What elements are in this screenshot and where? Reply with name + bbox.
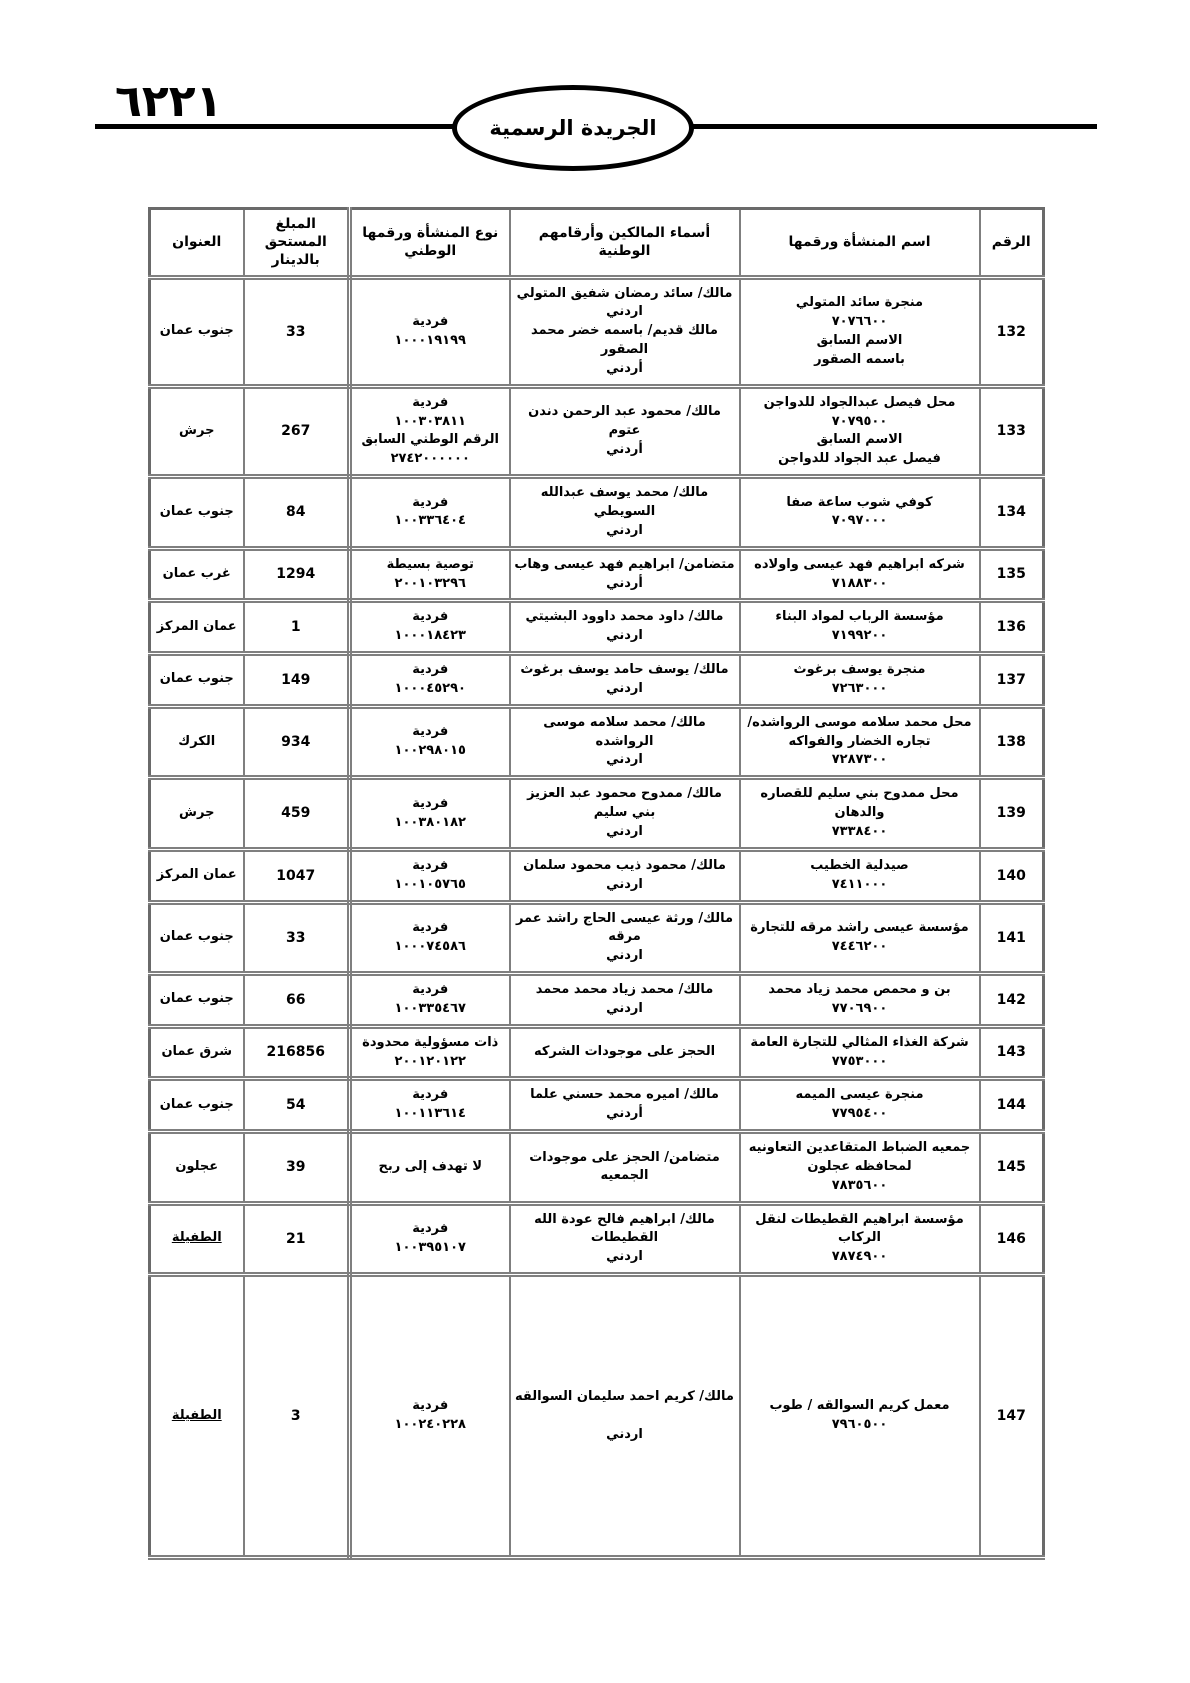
col-header-address: العنوان bbox=[150, 209, 244, 278]
owners-cell: مالك/ محمد يوسف عبدالله السويطياردني bbox=[510, 477, 740, 549]
row-number-cell: 146 bbox=[980, 1203, 1044, 1275]
address-cell: جنوب عمان bbox=[150, 974, 244, 1027]
address-cell: جنوب عمان bbox=[150, 1079, 244, 1132]
row-number-cell: 145 bbox=[980, 1132, 1044, 1204]
row-number-cell: 143 bbox=[980, 1026, 1044, 1079]
row-number-cell: 133 bbox=[980, 386, 1044, 476]
establishment-type-cell: فردية١٠٠١٠٥٧٦٥ bbox=[350, 849, 510, 902]
owners-cell: متضامن/ الحجز على موجودات الجمعيه bbox=[510, 1132, 740, 1204]
establishment-type-cell: توصية بسيطة٢٠٠١٠٣٢٩٦ bbox=[350, 548, 510, 601]
establishment-name-cell: مؤسسة عيسى راشد مرقه للتجارة٧٤٤٦٢٠٠ bbox=[740, 902, 980, 974]
table-row: 139 محل ممدوح بني سليم للقصاره والدهان٧٣… bbox=[150, 778, 1044, 850]
establishment-name-cell: صيدلية الخطيب٧٤١١٠٠٠ bbox=[740, 849, 980, 902]
establishment-type-cell: لا تهدف إلى ربح bbox=[350, 1132, 510, 1204]
establishment-name-cell: محل محمد سلامه موسى الرواشده/تجاره الخضا… bbox=[740, 706, 980, 778]
table-row: 140 صيدلية الخطيب٧٤١١٠٠٠ مالك/ محمود ذيب… bbox=[150, 849, 1044, 902]
table-row: 132 منجرة سائد المتولي٧٠٧٦٦٠٠الاسم الساب… bbox=[150, 277, 1044, 386]
address-cell: الكرك bbox=[150, 706, 244, 778]
address-cell: جنوب عمان bbox=[150, 654, 244, 707]
owners-cell: مالك/ اميره محمد حسني علماأردني bbox=[510, 1079, 740, 1132]
amount-due-cell: 267 bbox=[244, 386, 350, 476]
row-number-cell: 132 bbox=[980, 277, 1044, 386]
establishment-type-cell: ذات مسؤولية محدودة٢٠٠١٢٠١٢٢ bbox=[350, 1026, 510, 1079]
establishment-type-cell: فردية١٠٠٣٣٦٤٠٤ bbox=[350, 477, 510, 549]
amount-due-cell: 216856 bbox=[244, 1026, 350, 1079]
amount-due-cell: 1047 bbox=[244, 849, 350, 902]
amount-due-cell: 459 bbox=[244, 778, 350, 850]
table-row: 134 كوفي شوب ساعة صفا٧٠٩٧٠٠٠ مالك/ محمد … bbox=[150, 477, 1044, 549]
amount-due-cell: 84 bbox=[244, 477, 350, 549]
address-cell: الطفيلة bbox=[150, 1203, 244, 1275]
establishment-name-cell: منجرة عيسى الميمه٧٧٩٥٤٠٠ bbox=[740, 1079, 980, 1132]
col-header-type: نوع المنشأة ورقمها الوطني bbox=[350, 209, 510, 278]
owners-cell: الحجز على موجودات الشركه bbox=[510, 1026, 740, 1079]
row-number-cell: 141 bbox=[980, 902, 1044, 974]
address-cell: شرق عمان bbox=[150, 1026, 244, 1079]
establishment-type-cell: فردية١٠٠٢٩٨٠١٥ bbox=[350, 706, 510, 778]
row-number-cell: 139 bbox=[980, 778, 1044, 850]
row-number-cell: 138 bbox=[980, 706, 1044, 778]
owners-cell: مالك/ محمد زياد محمد محمداردني bbox=[510, 974, 740, 1027]
establishment-name-cell: بن و محمص محمد زياد محمد٧٧٠٦٩٠٠ bbox=[740, 974, 980, 1027]
table-header-row: الرقم اسم المنشأة ورقمها أسماء المالكين … bbox=[150, 209, 1044, 278]
address-cell: جنوب عمان bbox=[150, 477, 244, 549]
table-row: 142 بن و محمص محمد زياد محمد٧٧٠٦٩٠٠ مالك… bbox=[150, 974, 1044, 1027]
establishment-type-cell: فردية١٠٠٣٣٥٤٦٧ bbox=[350, 974, 510, 1027]
establishment-type-cell: فردية١٠٠٢٤٠٢٢٨ bbox=[350, 1275, 510, 1558]
amount-due-cell: 3 bbox=[244, 1275, 350, 1558]
table-row: 146 مؤسسة ابراهيم القطيطات لنقل الركاب٧٨… bbox=[150, 1203, 1044, 1275]
table-row: 147 معمل كريم السوالقه / طوب٧٩٦٠٥٠٠ مالك… bbox=[150, 1275, 1044, 1558]
establishment-type-cell: فردية١٠٠١١٣٦١٤ bbox=[350, 1079, 510, 1132]
row-number-cell: 140 bbox=[980, 849, 1044, 902]
table-row: 138 محل محمد سلامه موسى الرواشده/تجاره ا… bbox=[150, 706, 1044, 778]
table-row: 144 منجرة عيسى الميمه٧٧٩٥٤٠٠ مالك/ اميره… bbox=[150, 1079, 1044, 1132]
row-number-cell: 135 bbox=[980, 548, 1044, 601]
owners-cell: مالك/ محمد سلامه موسى الرواشدهاردني bbox=[510, 706, 740, 778]
address-cell: جرش bbox=[150, 386, 244, 476]
row-number-cell: 147 bbox=[980, 1275, 1044, 1558]
establishment-name-cell: محل ممدوح بني سليم للقصاره والدهان٧٣٣٨٤٠… bbox=[740, 778, 980, 850]
page-number: ٦٢٢١ bbox=[115, 76, 222, 127]
gazette-title: الجريدة الرسمية bbox=[489, 116, 656, 140]
table-row: 145 جمعيه الضباط المتقاعدين التعاونيه لم… bbox=[150, 1132, 1044, 1204]
address-cell: جنوب عمان bbox=[150, 277, 244, 386]
row-number-cell: 142 bbox=[980, 974, 1044, 1027]
address-cell: غرب عمان bbox=[150, 548, 244, 601]
owners-cell: مالك/ يوسف حامد يوسف برغوثاردني bbox=[510, 654, 740, 707]
table-row: 133 محل فيصل عبدالجواد للدواجن٧٠٧٩٥٠٠الا… bbox=[150, 386, 1044, 476]
establishment-name-cell: محل فيصل عبدالجواد للدواجن٧٠٧٩٥٠٠الاسم ا… bbox=[740, 386, 980, 476]
table-row: 143 شركة الغذاء المثالي للتجارة العامة٧٧… bbox=[150, 1026, 1044, 1079]
table-body: 132 منجرة سائد المتولي٧٠٧٦٦٠٠الاسم الساب… bbox=[150, 277, 1044, 1558]
amount-due-cell: 54 bbox=[244, 1079, 350, 1132]
establishment-type-cell: فردية١٠٠٠١٩١٩٩ bbox=[350, 277, 510, 386]
address-cell: عجلون bbox=[150, 1132, 244, 1204]
establishment-type-cell: فردية١٠٠٣٩٥١٠٧ bbox=[350, 1203, 510, 1275]
owners-cell: مالك/ داود محمد داوود البشيتياردني bbox=[510, 601, 740, 654]
establishment-type-cell: فردية١٠٠٣٨٠١٨٢ bbox=[350, 778, 510, 850]
address-cell: الطفيلة bbox=[150, 1275, 244, 1558]
owners-cell: مالك/ محمود عبد الرحمن دندن عتومأردني bbox=[510, 386, 740, 476]
establishment-name-cell: شركة الغذاء المثالي للتجارة العامة٧٧٥٣٠٠… bbox=[740, 1026, 980, 1079]
establishments-table: الرقم اسم المنشأة ورقمها أسماء المالكين … bbox=[148, 207, 1045, 1560]
establishment-name-cell: منجرة سائد المتولي٧٠٧٦٦٠٠الاسم السابقباس… bbox=[740, 277, 980, 386]
gazette-title-ellipse: الجريدة الرسمية bbox=[452, 85, 694, 171]
establishment-name-cell: مؤسسة الرباب لمواد البناء٧١٩٩٢٠٠ bbox=[740, 601, 980, 654]
establishment-name-cell: منجرة يوسف برغوث٧٢٦٣٠٠٠ bbox=[740, 654, 980, 707]
col-header-number: الرقم bbox=[980, 209, 1044, 278]
amount-due-cell: 149 bbox=[244, 654, 350, 707]
owners-cell: مالك/ كريم احمد سليمان السوالقه اردني bbox=[510, 1275, 740, 1558]
amount-due-cell: 33 bbox=[244, 902, 350, 974]
amount-due-cell: 33 bbox=[244, 277, 350, 386]
table-row: 136 مؤسسة الرباب لمواد البناء٧١٩٩٢٠٠ مال… bbox=[150, 601, 1044, 654]
gazette-page: ٦٢٢١ الجريدة الرسمية الرقم اسم المنشأة و… bbox=[0, 0, 1190, 1683]
row-number-cell: 136 bbox=[980, 601, 1044, 654]
establishment-name-cell: مؤسسة ابراهيم القطيطات لنقل الركاب٧٨٧٤٩٠… bbox=[740, 1203, 980, 1275]
establishment-name-cell: معمل كريم السوالقه / طوب٧٩٦٠٥٠٠ bbox=[740, 1275, 980, 1558]
amount-due-cell: 39 bbox=[244, 1132, 350, 1204]
establishment-type-cell: فردية١٠٠٠١٨٤٢٣ bbox=[350, 601, 510, 654]
row-number-cell: 134 bbox=[980, 477, 1044, 549]
table-row: 137 منجرة يوسف برغوث٧٢٦٣٠٠٠ مالك/ يوسف ح… bbox=[150, 654, 1044, 707]
address-cell: جرش bbox=[150, 778, 244, 850]
owners-cell: مالك/ ممدوح محمود عبد العزيز بني سليمارد… bbox=[510, 778, 740, 850]
table-row: 135 شركه ابراهيم فهد عيسى واولاده٧١٨٨٣٠٠… bbox=[150, 548, 1044, 601]
amount-due-cell: 21 bbox=[244, 1203, 350, 1275]
owners-cell: مالك/ محمود ذيب محمود سلماناردني bbox=[510, 849, 740, 902]
amount-due-cell: 66 bbox=[244, 974, 350, 1027]
address-cell: عمان المركز bbox=[150, 849, 244, 902]
address-cell: عمان المركز bbox=[150, 601, 244, 654]
owners-cell: مالك/ ابراهيم فالح عودة الله القطيطاتارد… bbox=[510, 1203, 740, 1275]
table-row: 141 مؤسسة عيسى راشد مرقه للتجارة٧٤٤٦٢٠٠ … bbox=[150, 902, 1044, 974]
establishment-name-cell: شركه ابراهيم فهد عيسى واولاده٧١٨٨٣٠٠ bbox=[740, 548, 980, 601]
establishment-type-cell: فردية١٠٠٠٧٤٥٨٦ bbox=[350, 902, 510, 974]
establishment-name-cell: كوفي شوب ساعة صفا٧٠٩٧٠٠٠ bbox=[740, 477, 980, 549]
amount-due-cell: 934 bbox=[244, 706, 350, 778]
amount-due-cell: 1 bbox=[244, 601, 350, 654]
amount-due-cell: 1294 bbox=[244, 548, 350, 601]
establishment-type-cell: فردية١٠٠٠٤٥٢٩٠ bbox=[350, 654, 510, 707]
owners-cell: متضامن/ ابراهيم فهد عيسى وهابأردني bbox=[510, 548, 740, 601]
col-header-amount: المبلغ المستحق بالدينار bbox=[244, 209, 350, 278]
owners-cell: مالك/ ورثة عيسى الحاج راشد عمر مرقهاردني bbox=[510, 902, 740, 974]
row-number-cell: 144 bbox=[980, 1079, 1044, 1132]
col-header-establishment: اسم المنشأة ورقمها bbox=[740, 209, 980, 278]
establishment-name-cell: جمعيه الضباط المتقاعدين التعاونيه لمحافظ… bbox=[740, 1132, 980, 1204]
establishment-type-cell: فردية١٠٠٣٠٣٨١١الرقم الوطني السابق٢٧٤٢٠٠٠… bbox=[350, 386, 510, 476]
col-header-owners: أسماء المالكين وأرقامهم الوطنية bbox=[510, 209, 740, 278]
row-number-cell: 137 bbox=[980, 654, 1044, 707]
address-cell: جنوب عمان bbox=[150, 902, 244, 974]
owners-cell: مالك/ سائد رمضان شفيق المتولياردنيمالك ق… bbox=[510, 277, 740, 386]
